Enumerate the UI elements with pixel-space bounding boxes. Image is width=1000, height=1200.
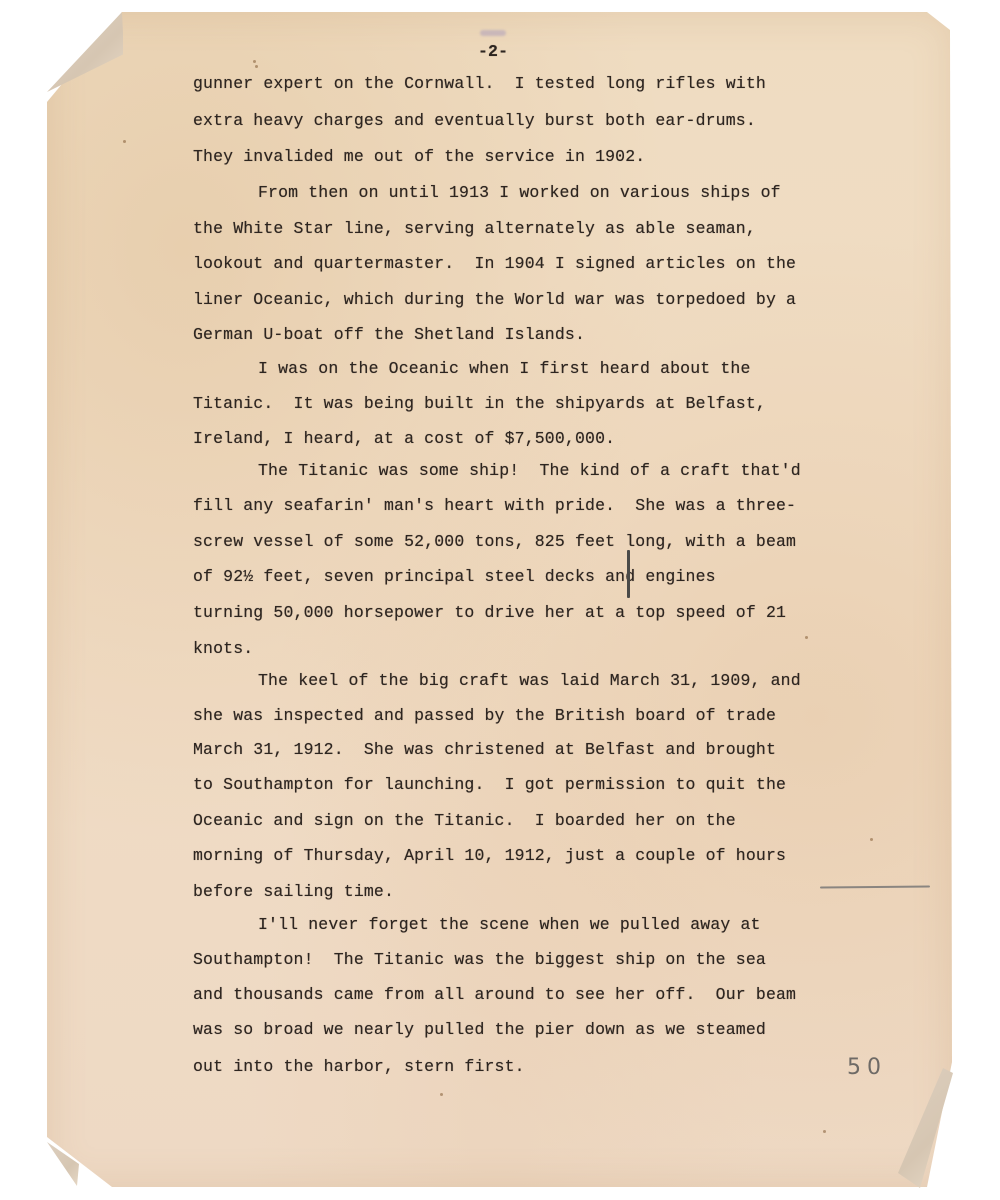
text-line: liner Oceanic, which during the World wa… — [193, 290, 796, 309]
text-line: German U-boat off the Shetland Islands. — [193, 325, 585, 344]
ink-smudge — [480, 30, 506, 36]
paper-speck — [440, 1093, 443, 1096]
paper-speck — [805, 636, 808, 639]
text-line: Ireland, I heard, at a cost of $7,500,00… — [193, 429, 615, 448]
text-line: was so broad we nearly pulled the pier d… — [193, 1020, 766, 1039]
paper-speck — [123, 140, 126, 143]
text-line: knots. — [193, 639, 253, 658]
text-line: she was inspected and passed by the Brit… — [193, 706, 776, 725]
text-line: screw vessel of some 52,000 tons, 825 fe… — [193, 532, 796, 551]
scanned-document-stage: -2- gunner expert on the Cornwall. I tes… — [0, 0, 1000, 1200]
text-line: extra heavy charges and eventually burst… — [193, 111, 756, 130]
page-number: -2- — [478, 42, 508, 61]
text-line: the White Star line, serving alternately… — [193, 219, 756, 238]
text-line: before sailing time. — [193, 882, 394, 901]
text-line: They invalided me out of the service in … — [193, 147, 645, 166]
paper-speck — [823, 1130, 826, 1133]
paragraph-start-line: I'll never forget the scene when we pull… — [258, 915, 761, 934]
text-line: of 92½ feet, seven principal steel decks… — [193, 567, 716, 586]
text-line: March 31, 1912. She was christened at Be… — [193, 740, 776, 759]
paragraph-start-line: The Titanic was some ship! The kind of a… — [258, 461, 801, 480]
paragraph-start-line: From then on until 1913 I worked on vari… — [258, 183, 781, 202]
text-line: to Southampton for launching. I got perm… — [193, 775, 786, 794]
paragraph-start-line: The keel of the big craft was laid March… — [258, 671, 801, 690]
paragraph-start-line: I was on the Oceanic when I first heard … — [258, 359, 751, 378]
text-line: lookout and quartermaster. In 1904 I sig… — [193, 254, 796, 273]
paper-speck — [253, 60, 256, 63]
paper-speck — [870, 838, 873, 841]
pencil-mark — [627, 550, 630, 598]
text-line: fill any seafarin' man's heart with prid… — [193, 496, 796, 515]
text-line: out into the harbor, stern first. — [193, 1057, 525, 1076]
text-line: Southampton! The Titanic was the biggest… — [193, 950, 766, 969]
text-line: Titanic. It was being built in the shipy… — [193, 394, 766, 413]
text-line: Oceanic and sign on the Titanic. I board… — [193, 811, 736, 830]
text-line: morning of Thursday, April 10, 1912, jus… — [193, 846, 786, 865]
text-line: and thousands came from all around to se… — [193, 985, 796, 1004]
text-line: turning 50,000 horsepower to drive her a… — [193, 603, 786, 622]
paper-speck — [255, 65, 258, 68]
handwritten-annotation: 50 — [847, 1055, 887, 1080]
text-line: gunner expert on the Cornwall. I tested … — [193, 74, 766, 93]
